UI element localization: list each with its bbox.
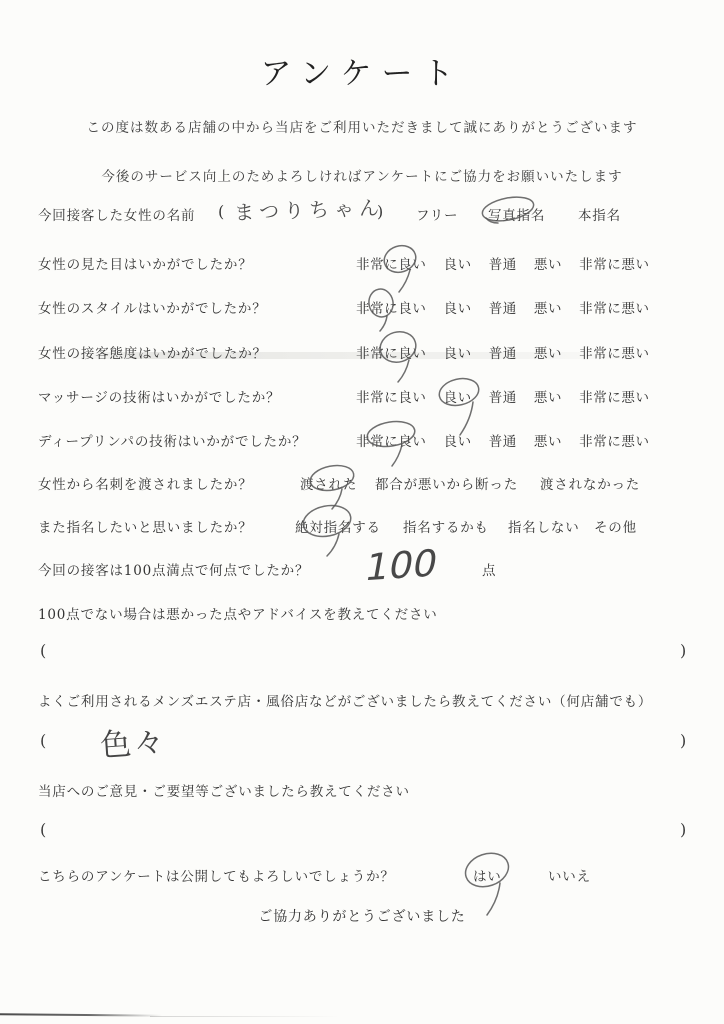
option-photo-nomination: 写真指名 <box>488 204 545 224</box>
scan-edge-line-faint <box>150 1016 340 1017</box>
question-business-card: 女性から名刺を渡されましたか？ <box>38 473 253 493</box>
handwritten-name: まつりちゃん <box>234 194 384 223</box>
question-feedback: 当店へのご意見・ご要望等ございましたら教えてください <box>38 780 410 800</box>
handwritten-score: 100 <box>366 544 437 587</box>
survey-scan-page: アンケート この度は数ある店舗の中から当店をご利用いただきまして誠にありがとうご… <box>0 0 724 1024</box>
handwritten-shops-answer: 色々 <box>100 718 166 763</box>
feedback-paren-open: ( <box>40 820 46 839</box>
option-free: フリー <box>416 204 458 224</box>
question-score: 今回の接客は100点満点で何点でしたか？ <box>38 559 309 579</box>
option-maybe-nominate: 指名するかも <box>403 516 489 536</box>
option-card-not-received: 渡されなかった <box>540 473 640 493</box>
intro-line-2: 今後のサービス向上のためよろしければアンケートにご協力をお願いいたします <box>0 165 724 185</box>
advice-paren-open: ( <box>40 641 46 660</box>
rating-options-deep-lymph: 非常に良い 良い 普通 悪い 非常に悪い <box>356 430 650 450</box>
feedback-paren-close: ) <box>680 820 686 839</box>
option-definitely-nominate: 絶対指名する <box>295 516 381 536</box>
score-unit: 点 <box>482 559 496 579</box>
option-publish-no: いいえ <box>548 865 591 885</box>
rating-options-style: 非常に良い 良い 普通 悪い 非常に悪い <box>356 297 650 317</box>
page-title: アンケート <box>0 48 724 93</box>
rating-options-massage: 非常に良い 良い 普通 悪い 非常に悪い <box>356 386 650 406</box>
advice-paren-close: ) <box>680 641 686 660</box>
rating-options-looks: 非常に良い 良い 普通 悪い 非常に悪い <box>356 253 650 273</box>
name-paren-open: ( <box>218 202 224 221</box>
question-style: 女性のスタイルはいかがでしたか？ <box>38 297 267 317</box>
name-paren-close: ) <box>377 202 383 221</box>
closing-message: ご協力ありがとうございました <box>0 906 724 926</box>
option-no-nominate: 指名しない <box>508 516 580 536</box>
question-deep-lymph-skill: ディープリンパの技術はいかがでしたか？ <box>38 430 306 450</box>
question-advice: 100点でない場合は悪かった点やアドバイスを教えてください <box>38 603 438 623</box>
shops-paren-open: ( <box>40 731 46 750</box>
option-other: その他 <box>594 516 637 536</box>
therapist-name-label: 今回接客した女性の名前 <box>38 204 195 224</box>
question-other-shops: よくご利用されるメンズエステ店・風俗店などがございましたら教えてください（何店舗… <box>38 690 652 710</box>
question-massage-skill: マッサージの技術はいかがでしたか？ <box>38 386 280 406</box>
question-publish: こちらのアンケートは公開してもよろしいでしょうか？ <box>38 865 395 885</box>
handwritten-circle <box>435 375 485 437</box>
shops-paren-close: ) <box>680 731 686 750</box>
option-regular-nomination: 本指名 <box>578 204 621 224</box>
question-rebook: また指名したいと思いましたか？ <box>38 516 253 536</box>
scan-edge-line <box>0 1013 162 1016</box>
option-card-received: 渡された <box>300 473 357 493</box>
option-card-declined: 都合が悪いから断った <box>375 473 518 493</box>
intro-line-1: この度は数ある店舗の中から当店をご利用いただきまして誠にありがとうございます <box>0 116 724 136</box>
question-looks: 女性の見た目はいかがでしたか？ <box>38 253 253 273</box>
question-attitude: 女性の接客態度はいかがでしたか？ <box>38 342 267 362</box>
rating-options-attitude: 非常に良い 良い 普通 悪い 非常に悪い <box>356 342 650 362</box>
option-publish-yes: はい <box>473 865 502 885</box>
